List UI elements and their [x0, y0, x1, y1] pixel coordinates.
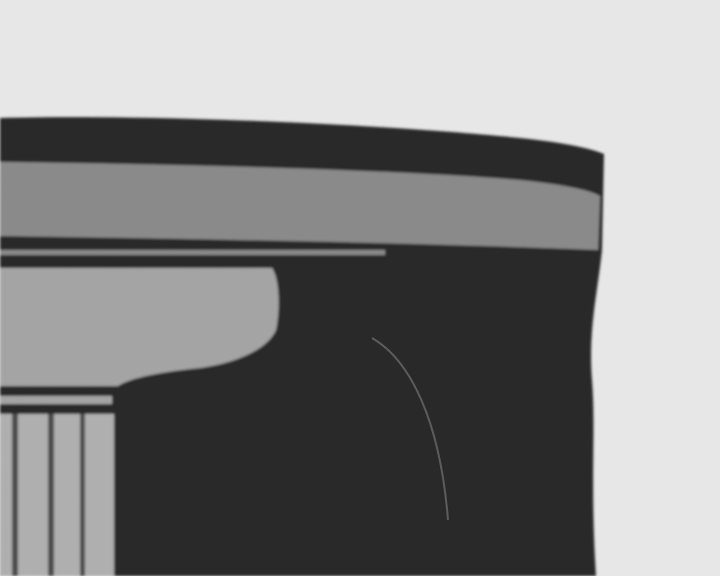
column-capital-photo [0, 0, 720, 576]
film-grain [0, 0, 720, 576]
photo-stage [0, 0, 720, 576]
